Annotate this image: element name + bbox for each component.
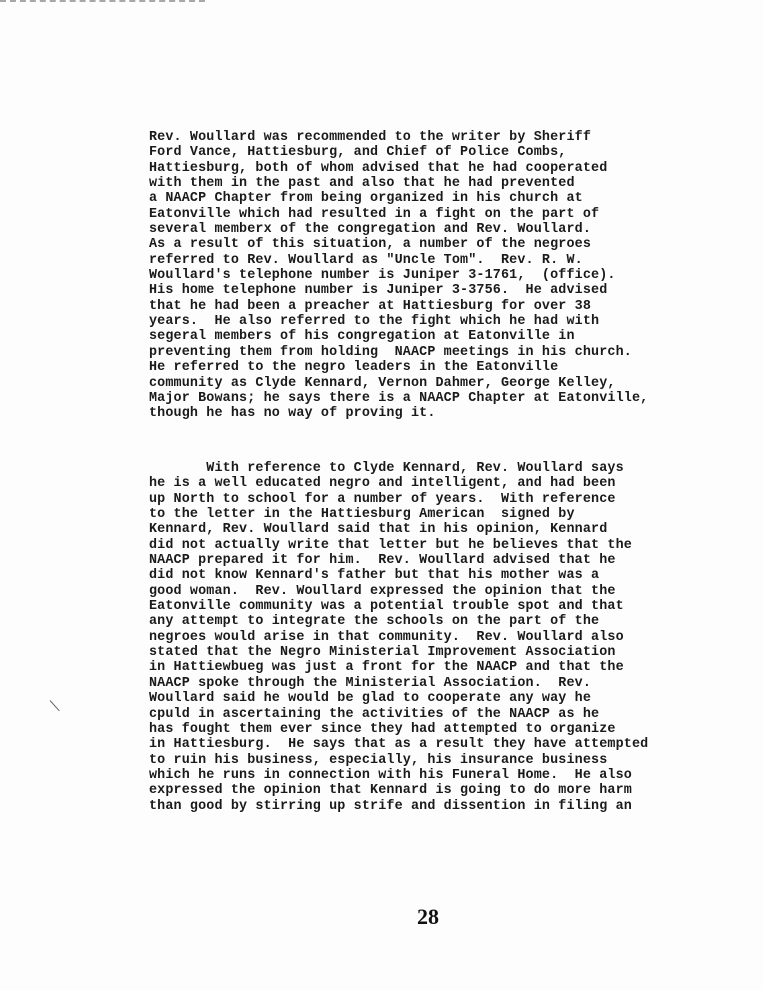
text-line: up North to school for a number of years…	[149, 492, 648, 507]
text-line: any attempt to integrate the schools on …	[149, 614, 648, 629]
text-line: with them in the past and also that he h…	[149, 176, 648, 191]
document-page: Rev. Woullard was recommended to the wri…	[0, 0, 763, 990]
paragraph-2: With reference to Clyde Kennard, Rev. Wo…	[149, 461, 648, 814]
text-line: though he has no way of proving it.	[149, 406, 648, 421]
text-line: which he runs in connection with his Fun…	[149, 768, 648, 783]
text-line: years. He also referred to the fight whi…	[149, 314, 648, 329]
text-line: stated that the Negro Ministerial Improv…	[149, 645, 648, 660]
text-line: did not actually write that letter but h…	[149, 538, 648, 553]
text-line: did not know Kennard's father but that h…	[149, 568, 648, 583]
text-line: has fought them ever since they had atte…	[149, 722, 648, 737]
text-line: several memberx of the congregation and …	[149, 222, 648, 237]
text-line: He referred to the negro leaders in the …	[149, 360, 648, 375]
text-line: Eatonville which had resulted in a fight…	[149, 207, 648, 222]
text-line: As a result of this situation, a number …	[149, 237, 648, 252]
text-line: he is a well educated negro and intellig…	[149, 476, 648, 491]
text-line: negroes would arise in that community. R…	[149, 630, 648, 645]
text-line: expressed the opinion that Kennard is go…	[149, 783, 648, 798]
text-line: With reference to Clyde Kennard, Rev. Wo…	[149, 461, 648, 476]
text-line: NAACP spoke through the Ministerial Asso…	[149, 676, 648, 691]
text-line: in Hattiesburg. He says that as a result…	[149, 737, 648, 752]
text-line: His home telephone number is Juniper 3-3…	[149, 283, 648, 298]
text-line: Major Bowans; he says there is a NAACP C…	[149, 391, 648, 406]
margin-pen-mark	[50, 700, 60, 711]
text-line: Kennard, Rev. Woullard said that in his …	[149, 522, 648, 537]
text-line: Eatonville community was a potential tro…	[149, 599, 648, 614]
text-line: than good by stirring up strife and diss…	[149, 799, 648, 814]
text-line: NAACP prepared it for him. Rev. Woullard…	[149, 553, 648, 568]
text-line: cpuld in ascertaining the activities of …	[149, 707, 648, 722]
text-line: to the letter in the Hattiesburg America…	[149, 507, 648, 522]
text-line: to ruin his business, especially, his in…	[149, 753, 648, 768]
text-line: Woullard's telephone number is Juniper 3…	[149, 268, 648, 283]
text-line: referred to Rev. Woullard as "Uncle Tom"…	[149, 253, 648, 268]
text-line: preventing them from holding NAACP meeti…	[149, 345, 648, 360]
text-line: good woman. Rev. Woullard expressed the …	[149, 584, 648, 599]
text-line: Rev. Woullard was recommended to the wri…	[149, 130, 648, 145]
text-line: Ford Vance, Hattiesburg, and Chief of Po…	[149, 145, 648, 160]
text-line: Woullard said he would be glad to cooper…	[149, 691, 648, 706]
text-line: segeral members of his congregation at E…	[149, 329, 648, 344]
text-line: in Hattiewbueg was just a front for the …	[149, 660, 648, 675]
top-dashed-edge	[0, 0, 205, 2]
text-line: community as Clyde Kennard, Vernon Dahme…	[149, 376, 648, 391]
text-line: Hattiesburg, both of whom advised that h…	[149, 161, 648, 176]
text-line: that he had been a preacher at Hattiesbu…	[149, 299, 648, 314]
paragraph-1: Rev. Woullard was recommended to the wri…	[149, 130, 648, 422]
text-line: a NAACP Chapter from being organized in …	[149, 191, 648, 206]
page-number: 28	[417, 904, 439, 930]
